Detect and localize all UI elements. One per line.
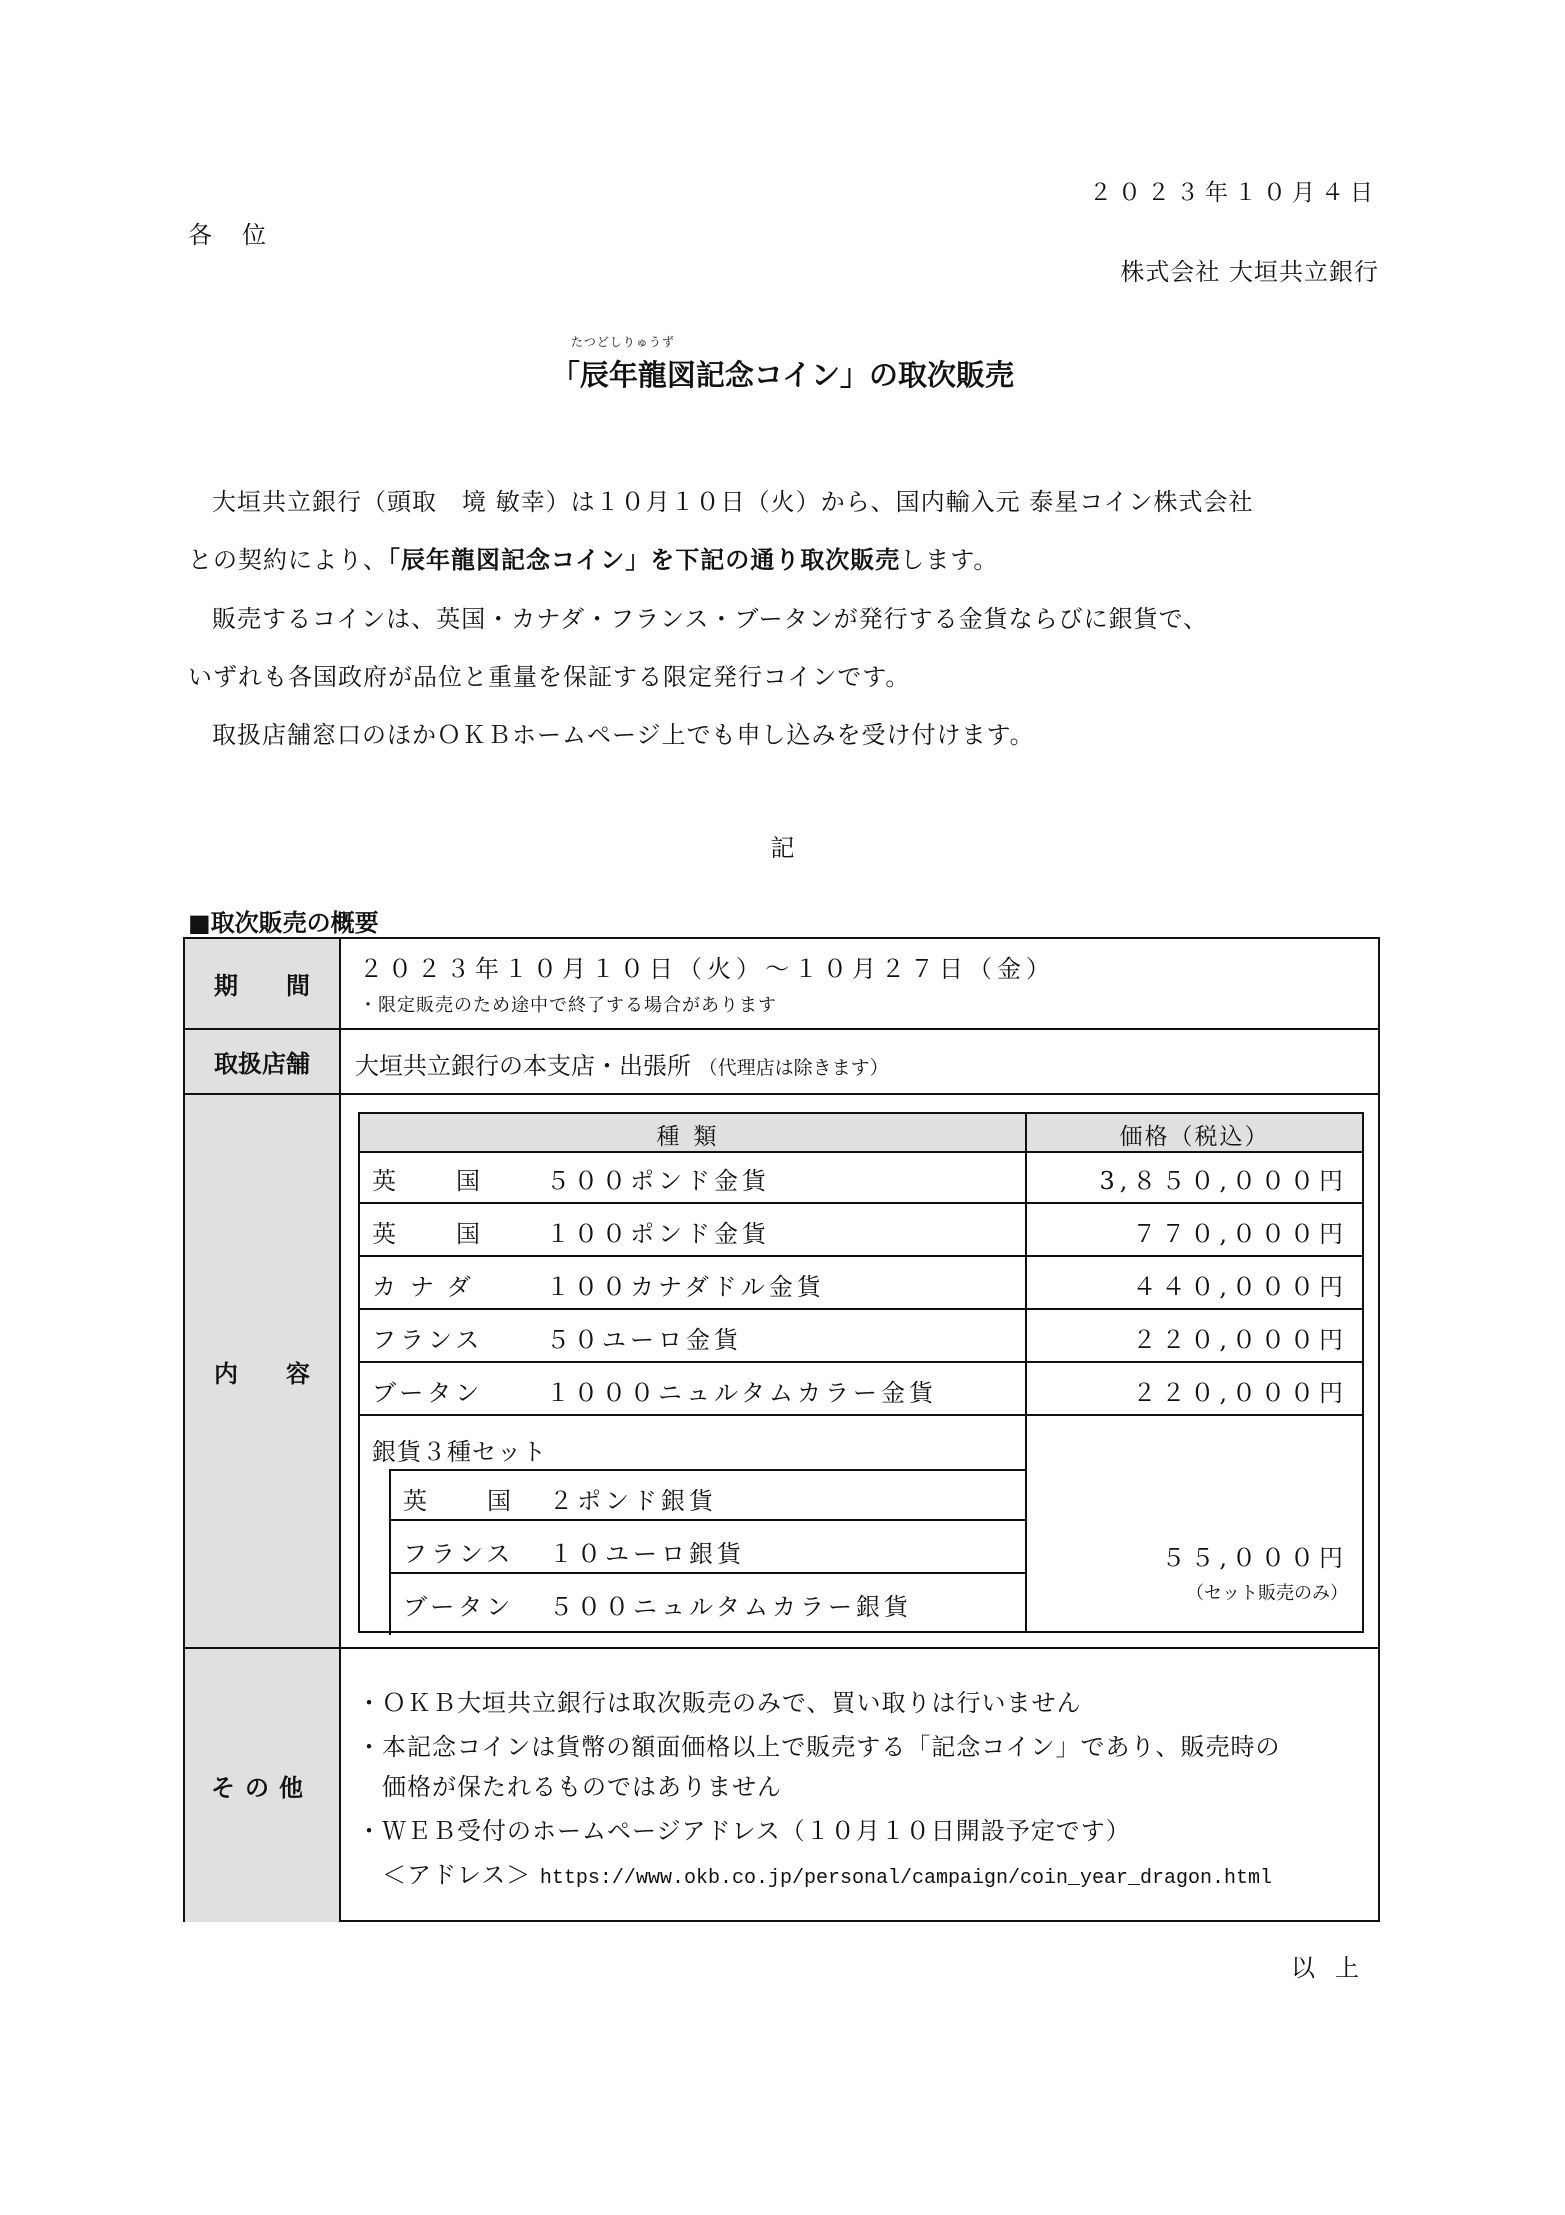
coin-row: フランス ５０ユーロ金貨 ２２０,０００円 (360, 1310, 1362, 1363)
closing-mark: 以上 (1291, 1948, 1379, 1983)
label-store: 取扱店舗 (185, 1030, 341, 1093)
store-cell: 大垣共立銀行の本支店・出張所 （代理店は除きます） (341, 1030, 1378, 1093)
title-text: 「辰年龍図記念コイン」の取次販売 (551, 358, 1014, 392)
header-type: 種類 (360, 1118, 1027, 1151)
silver-set-row: フランス １０ユーロ銀貨 (391, 1524, 1025, 1574)
coin-price: ４４０,０００円 (1132, 1267, 1348, 1302)
campaign-url-link[interactable]: https://www.okb.co.jp/personal/campaign/… (540, 1867, 1272, 1890)
coin-country: フランス (372, 1320, 482, 1355)
overview-table: 期 間 ２０２３年１０月１０日（火）～１０月２７日（金） ・限定販売のため途中で… (183, 937, 1380, 1922)
silver-set-row: 英 国 ２ポンド銀貨 (391, 1471, 1025, 1521)
address-label: ＜アドレス＞ (357, 1861, 531, 1889)
silver-set-price: ５５,０００円 (1161, 1538, 1348, 1573)
silver-coin: ５００ニュルタムカラー銀貨 (549, 1587, 912, 1622)
coin-price: ７７０,０００円 (1132, 1214, 1348, 1249)
other-note-2: ・本記念コインは貨幣の額面価格以上で販売する「記念コイン」であり、販売時の (357, 1727, 1281, 1762)
silver-country: フランス (403, 1534, 514, 1569)
coin-table-header: 種類 価格（税込） (360, 1114, 1362, 1153)
title-furigana: たつどしりゅうず (571, 333, 675, 350)
coin-name: １００ポンド金貨 (546, 1214, 770, 1249)
coin-price: ２２０,０００円 (1132, 1320, 1348, 1355)
silver-country: 英 国 (403, 1481, 515, 1516)
row-other: その他 ・ＯＫＢ大垣共立銀行は取次販売のみで、買い取りは行いません ・本記念コイ… (185, 1649, 1378, 1922)
addressee: 各位 (188, 215, 296, 250)
period-value: ２０２３年１０月１０日（火）～１０月２７日（金） (359, 949, 1055, 984)
row-content: 内 容 種類 価格（税込） 英 国 ５００ポンド金貨 3,８５０,０００円 英 … (185, 1095, 1378, 1649)
body-paragraph-1-line-1: 大垣共立銀行（頭取 境 敏幸）は１０月１０日（火）から、国内輸入元 泰星コイン株… (188, 487, 1388, 517)
label-content: 内 容 (185, 1095, 341, 1647)
other-note-1: ・ＯＫＢ大垣共立銀行は取次販売のみで、買い取りは行いません (357, 1683, 1082, 1718)
section-title: ■取次販売の概要 (188, 903, 379, 938)
coin-price: 3,８５０,０００円 (1099, 1161, 1348, 1196)
coin-country: 英 国 (372, 1214, 482, 1249)
address-line: ＜アドレス＞ https://www.okb.co.jp/personal/ca… (357, 1855, 1272, 1890)
silver-coin: １０ユーロ銀貨 (549, 1534, 745, 1569)
other-note-3: ・ＷＥＢ受付のホームページアドレス（１０月１０日開設予定です） (357, 1811, 1131, 1846)
coin-country: ブータン (372, 1373, 482, 1408)
period-cell: ２０２３年１０月１０日（火）～１０月２７日（金） ・限定販売のため途中で終了する… (341, 939, 1378, 1028)
coin-country: カナダ (372, 1267, 482, 1302)
coin-table: 種類 価格（税込） 英 国 ５００ポンド金貨 3,８５０,０００円 英 国 １０… (358, 1112, 1364, 1633)
document-title: たつどしりゅうず 「辰年龍図記念コイン」の取次販売 (551, 353, 1014, 394)
store-text: 大垣共立銀行の本支店・出張所 (355, 1052, 691, 1080)
other-cell: ・ＯＫＢ大垣共立銀行は取次販売のみで、買い取りは行いません ・本記念コインは貨幣… (341, 1649, 1378, 1922)
silver-country: ブータン (403, 1587, 514, 1622)
silver-set-label: 銀貨３種セット (372, 1432, 547, 1467)
silver-coin: ２ポンド銀貨 (549, 1481, 717, 1516)
period-note: ・限定販売のため途中で終了する場合があります (359, 991, 777, 1017)
coin-row: 英 国 ５００ポンド金貨 3,８５０,０００円 (360, 1151, 1362, 1204)
coin-row: ブータン １０００ニュルタムカラー金貨 ２２０,０００円 (360, 1363, 1362, 1416)
title-block: たつどしりゅうず 「辰年龍図記念コイン」の取次販売 (0, 353, 1565, 394)
coin-name: ５００ポンド金貨 (546, 1161, 770, 1196)
silver-set-note: （セット販売のみ） (1186, 1579, 1348, 1605)
coin-name: １０００ニュルタムカラー金貨 (546, 1373, 937, 1408)
body-text: します。 (900, 546, 998, 574)
body-text: との契約により、 (188, 546, 388, 574)
coin-name: ５０ユーロ金貨 (546, 1320, 742, 1355)
coin-country: 英 国 (372, 1161, 482, 1196)
body-paragraph-3: 取扱店舗窓口のほかＯＫＢホームページ上でも申し込みを受け付けます。 (188, 720, 1388, 750)
label-period: 期 間 (185, 939, 341, 1028)
label-other: その他 (185, 1649, 341, 1922)
coin-price: ２２０,０００円 (1132, 1373, 1348, 1408)
ki-heading: 記 (0, 828, 1565, 863)
store-value: 大垣共立銀行の本支店・出張所 （代理店は除きます） (355, 1046, 889, 1081)
silver-set-table: 英 国 ２ポンド銀貨 フランス １０ユーロ銀貨 ブータン ５００ニュルタムカラー… (389, 1469, 1025, 1635)
document-date: ２０２３年１０月４日 (1089, 174, 1379, 207)
row-period: 期 間 ２０２３年１０月１０日（火）～１０月２７日（金） ・限定販売のため途中で… (185, 939, 1378, 1030)
body-paragraph-2-line-1: 販売するコインは、英国・カナダ・フランス・ブータンが発行する金貨ならびに銀貨で、 (188, 604, 1388, 634)
other-note-2-cont: 価格が保たれるものではありません (357, 1767, 782, 1802)
coin-row: カナダ １００カナダドル金貨 ４４０,０００円 (360, 1257, 1362, 1310)
silver-set-row: ブータン ５００ニュルタムカラー銀貨 (391, 1577, 1025, 1627)
content-cell: 種類 価格（税込） 英 国 ５００ポンド金貨 3,８５０,０００円 英 国 １０… (341, 1095, 1378, 1647)
store-note: （代理店は除きます） (699, 1057, 889, 1079)
coin-row: 英 国 １００ポンド金貨 ７７０,０００円 (360, 1204, 1362, 1257)
body-paragraph-1-line-2: との契約により、「辰年龍図記念コイン」を下記の通り取次販売します。 (188, 545, 1388, 575)
issuer-name: 株式会社 大垣共立銀行 (1120, 252, 1379, 287)
body-emphasis: 「辰年龍図記念コイン」を下記の通り取次販売 (388, 546, 900, 574)
row-store: 取扱店舗 大垣共立銀行の本支店・出張所 （代理店は除きます） (185, 1030, 1378, 1095)
header-price: 価格（税込） (1027, 1118, 1362, 1151)
coin-name: １００カナダドル金貨 (546, 1267, 825, 1302)
body-paragraph-2-line-2: いずれも各国政府が品位と重量を保証する限定発行コインです。 (188, 662, 1388, 692)
